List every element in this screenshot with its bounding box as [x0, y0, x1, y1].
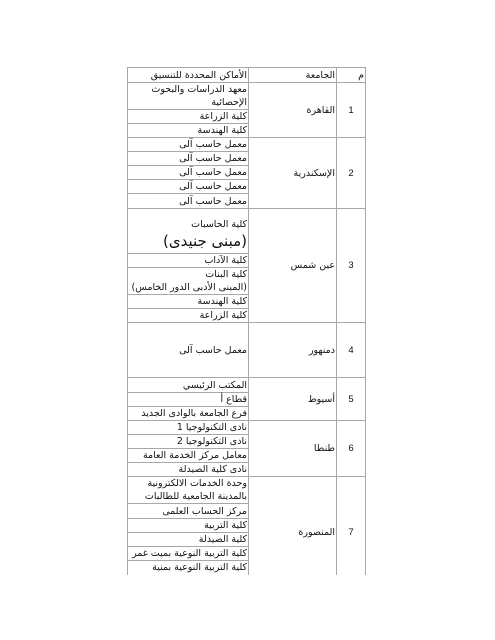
table-row: 3 عين شمس كلية الحاسبات (مبنى جنيدى)	[128, 209, 366, 254]
university-name: الإسكندرية	[249, 138, 337, 209]
place-cell: معمل حاسب آلى	[128, 166, 249, 180]
place-cell: مركز الحساب العلمى	[128, 504, 249, 519]
table-row: 5 أسيوط المكتب الرئيسي	[128, 378, 366, 393]
page-blank-area	[0, 575, 495, 640]
place-cell: نادى التكنولوجيا 1	[128, 421, 249, 435]
university-name: أسيوط	[249, 378, 337, 421]
row-number: 1	[337, 83, 366, 138]
place-cell: فرع الجامعة بالوادى الجديد	[128, 407, 249, 421]
header-number: م	[337, 68, 366, 83]
table-row: 7 المنصورة وحدة الخدمات الالكترونية بالم…	[128, 477, 366, 504]
place-cell: كلية الزراعة	[128, 309, 249, 323]
university-name: دمنهور	[249, 323, 337, 378]
coordination-places-table: م الجامعة الأماكن المحددة للتنسيق 1 القا…	[127, 67, 366, 605]
place-cell: معمل حاسب آلى	[128, 152, 249, 166]
table-row: 6 طنطا نادى التكنولوجيا 1	[128, 421, 366, 435]
row-number: 4	[337, 323, 366, 378]
table-row: 4 دمنهور معمل حاسب آلى	[128, 323, 366, 378]
university-name: طنطا	[249, 421, 337, 477]
place-line: (المبنى الأدبى الدور الخامس)	[129, 281, 247, 294]
place-cell: كلية البنات (المبنى الأدبى الدور الخامس)	[128, 268, 249, 295]
place-cell: معمل حاسب آلى	[128, 194, 249, 209]
place-line: كلية البنات	[129, 268, 247, 281]
place-line: (مبنى جنيدى)	[129, 235, 247, 248]
place-cell: معمل حاسب آلى	[128, 138, 249, 152]
table-header-row: م الجامعة الأماكن المحددة للتنسيق	[128, 68, 366, 83]
row-number: 6	[337, 421, 366, 477]
header-places: الأماكن المحددة للتنسيق	[128, 68, 249, 83]
place-cell: معمل حاسب آلى	[128, 180, 249, 194]
university-name: عين شمس	[249, 209, 337, 323]
place-cell: كلية الزراعة	[128, 110, 249, 124]
place-cell: معمل حاسب آلى	[128, 323, 249, 378]
place-cell: كلية الهندسة	[128, 124, 249, 138]
place-cell: كلية التربية	[128, 519, 249, 533]
place-cell: وحدة الخدمات الالكترونية بالمدينة الجامع…	[128, 477, 249, 504]
table-row: 2 الإسكندرية معمل حاسب آلى	[128, 138, 366, 152]
place-cell: معهد الدراسات والبحوث الإحصائية	[128, 83, 249, 110]
header-university: الجامعة	[249, 68, 337, 83]
row-number: 3	[337, 209, 366, 323]
row-number: 7	[337, 477, 366, 588]
place-cell: كلية التربية النوعية بميت غمر	[128, 547, 249, 561]
place-cell: قطاع أ	[128, 393, 249, 407]
place-cell: كلية الهندسة	[128, 295, 249, 309]
table-row: 1 القاهرة معهد الدراسات والبحوث الإحصائي…	[128, 83, 366, 110]
place-cell: كلية الصيدلة	[128, 533, 249, 547]
row-number: 5	[337, 378, 366, 421]
university-name: القاهرة	[249, 83, 337, 138]
row-number: 2	[337, 138, 366, 209]
place-cell: المكتب الرئيسي	[128, 378, 249, 393]
university-name: المنصورة	[249, 477, 337, 588]
place-cell: معامل مركز الخدمة العامة	[128, 449, 249, 463]
place-line: كلية الحاسبات	[129, 218, 247, 231]
place-cell: نادى التكنولوجيا 2	[128, 435, 249, 449]
place-cell: كلية الحاسبات (مبنى جنيدى)	[128, 209, 249, 254]
place-cell: كلية الآداب	[128, 254, 249, 268]
place-cell: نادى كلية الصيدلة	[128, 463, 249, 477]
